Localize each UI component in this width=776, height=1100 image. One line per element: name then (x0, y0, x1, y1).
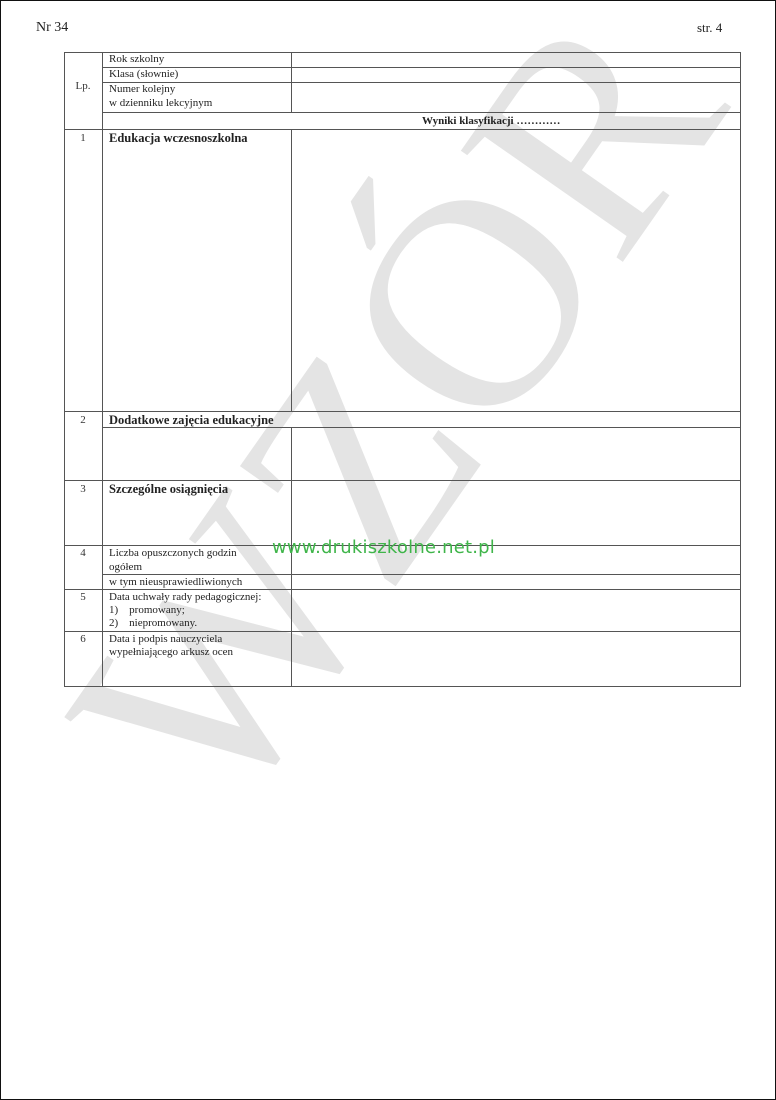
school-year-label: Rok szkolny (109, 53, 164, 66)
classification-table: Lp. Rok szkolny Klasa (słownie) Numer ko… (64, 52, 741, 687)
unexcused-hours-label: w tym nieusprawiedliwionych (109, 576, 242, 589)
row-5-lp: 5 (64, 591, 102, 603)
website-url-watermark: www.drukiszkolne.net.pl (272, 537, 495, 558)
row-1-lp: 1 (64, 132, 102, 144)
lp-header: Lp. (64, 80, 102, 92)
additional-classes-label: Dodatkowe zajęcia edukacyjne (109, 414, 274, 427)
council-resolution-label: Data uchwały rady pedagogicznej: (109, 591, 261, 604)
row-4-lp: 4 (64, 547, 102, 559)
class-label: Klasa (słownie) (109, 68, 178, 81)
register-number-label-1: Numer kolejny (109, 83, 175, 96)
promoted-option: 1) promowany; (109, 604, 185, 617)
class-field[interactable] (292, 68, 739, 81)
row-6-lp: 6 (64, 633, 102, 645)
not-promoted-option: 2) niepromowany. (109, 617, 197, 630)
row-3-lp: 3 (64, 483, 102, 495)
row-2-lp: 2 (64, 414, 102, 426)
document-number: Nr 34 (36, 20, 68, 36)
special-achievements-label: Szczególne osiągnięcia (109, 483, 228, 496)
early-education-label: Edukacja wczesnoszkolna (109, 132, 248, 145)
missed-hours-label-2: ogółem (109, 561, 142, 574)
register-number-field[interactable] (292, 83, 739, 111)
results-header: Wyniki klasyfikacji ………… (422, 115, 560, 128)
school-year-field[interactable] (292, 53, 739, 66)
page-number: str. 4 (697, 20, 722, 36)
register-number-label-2: w dzienniku lekcyjnym (109, 97, 212, 110)
teacher-signature-label-1: Data i podpis nauczyciela (109, 633, 222, 646)
teacher-signature-label-2: wypełniającego arkusz ocen (109, 646, 233, 659)
missed-hours-label-1: Liczba opuszczonych godzin (109, 547, 237, 560)
